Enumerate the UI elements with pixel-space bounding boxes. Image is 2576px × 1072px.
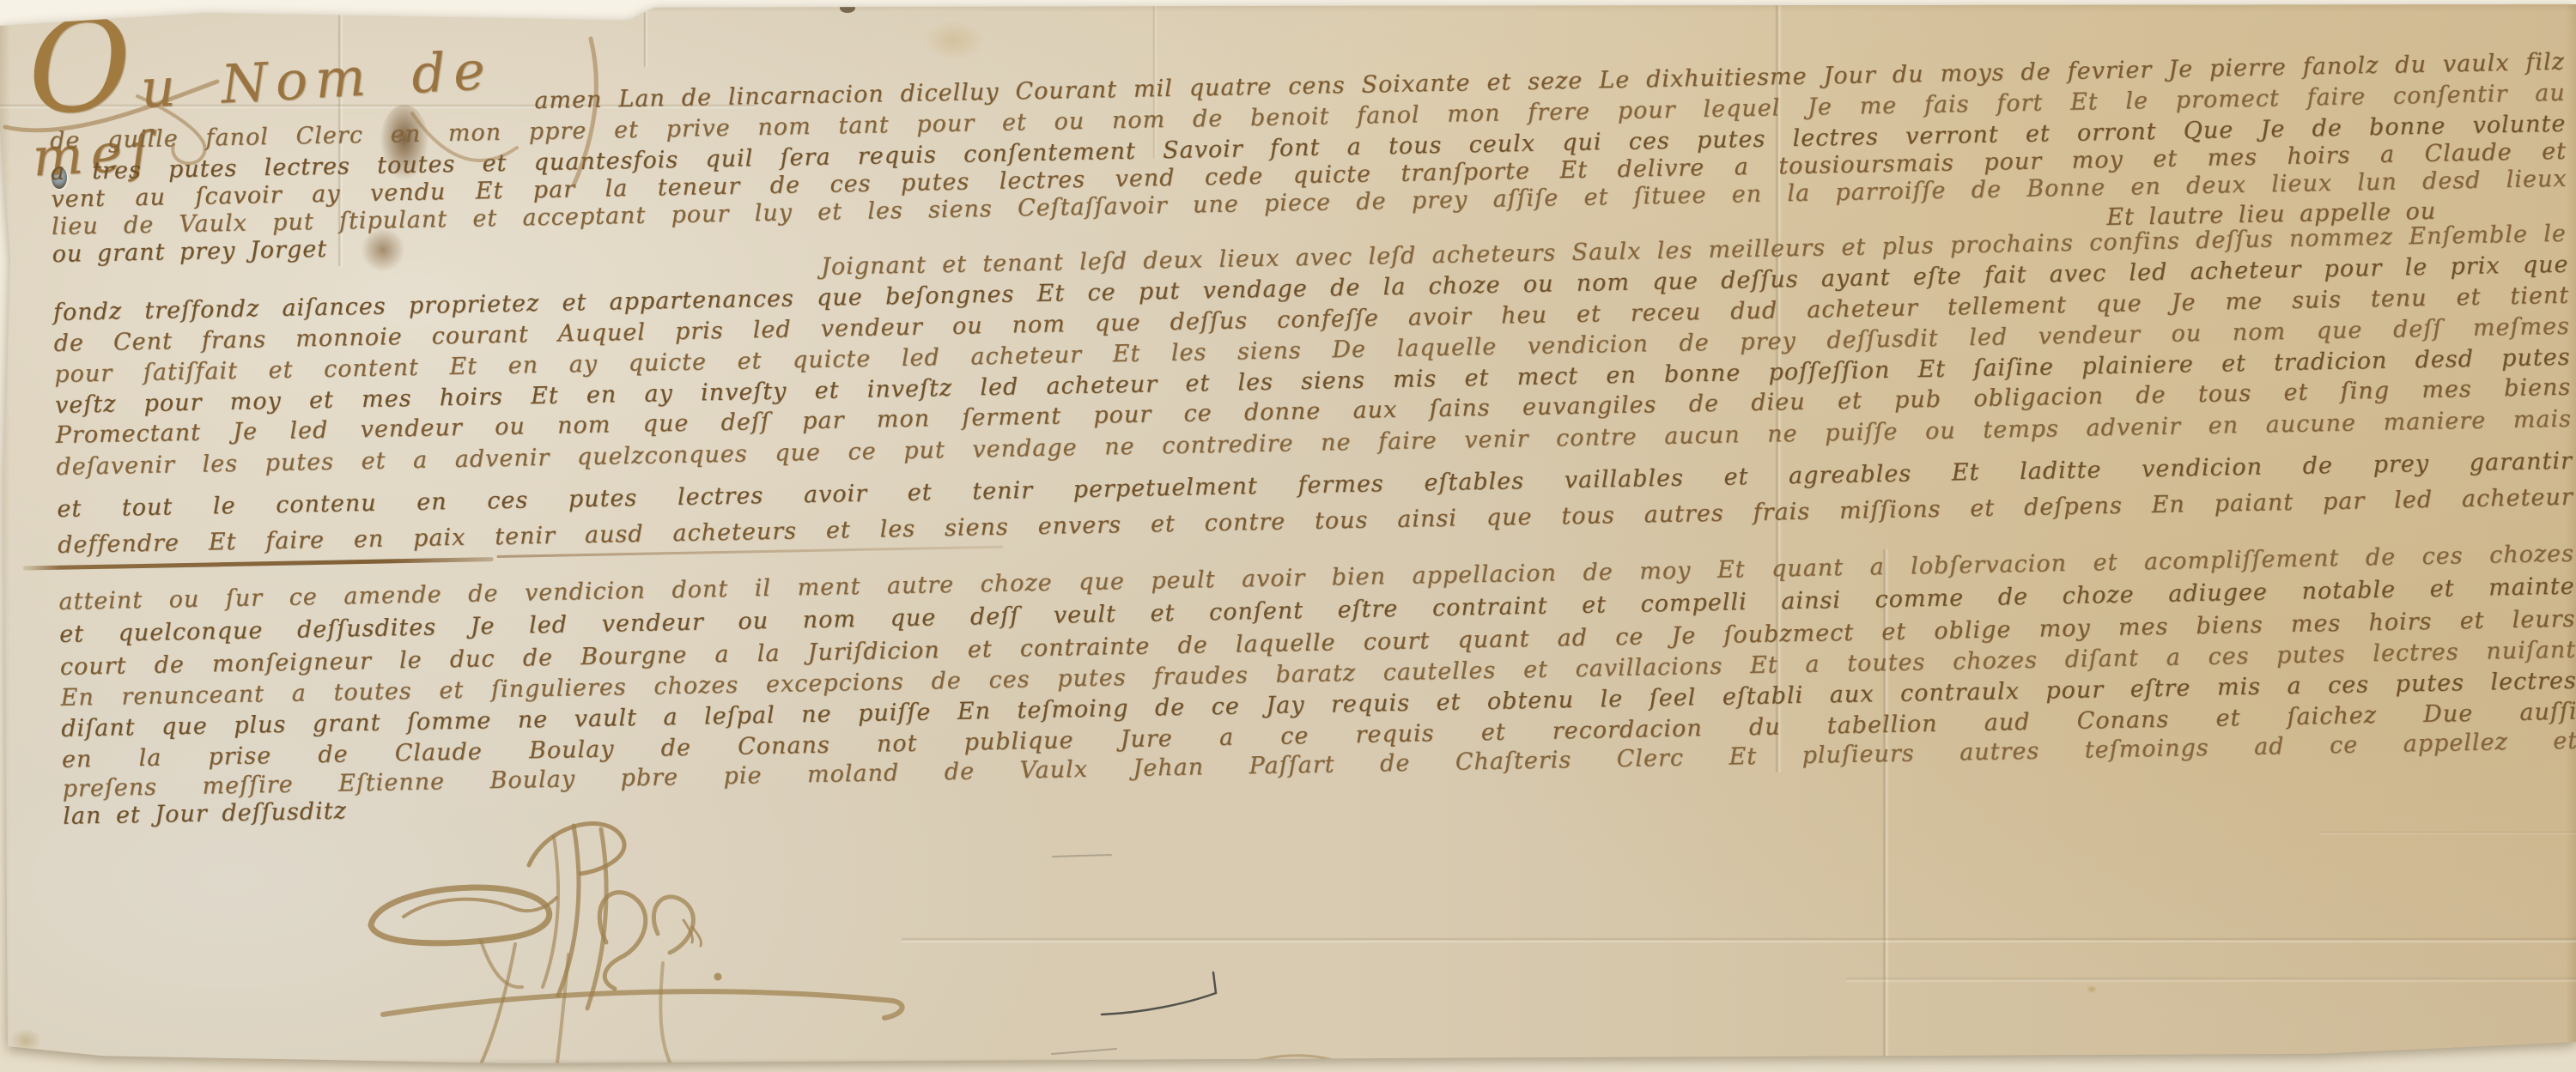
parchment: Ou Nom de meſ amen Lan de lincarnacion d… <box>0 0 2576 1072</box>
manuscript-photo: Ou Nom de meſ amen Lan de lincarnacion d… <box>0 0 2576 1072</box>
manuscript-line: ou grant prey Jorget <box>52 235 412 268</box>
parchment-wrap: Ou Nom de meſ amen Lan de lincarnacion d… <box>0 0 2576 1072</box>
manuscript-text: Ou Nom de meſ amen Lan de lincarnacion d… <box>0 0 2576 1072</box>
ink-rule-stroke <box>23 557 494 571</box>
